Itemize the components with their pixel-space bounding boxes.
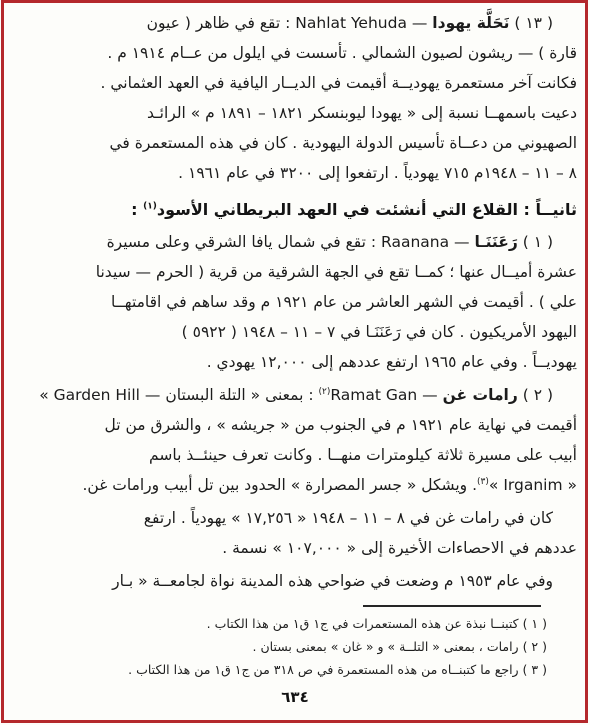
entry-13-nahlat-yehuda-line: قارة ) — ريشون لصيون الشمالي . تأسست في … (52, 38, 577, 68)
entry-1-raanana: ( ١ ) رَعَنَنَـا — Raanana : تقع في شمال… (52, 227, 577, 377)
entry-13-nahlat-yehuda-line: الصهيوني من دعــاة تأسيس الدولة اليهودية… (52, 128, 577, 158)
footnotes: ( ١ ) كتبنــا نبذة عن هذه المستعمرات في … (52, 612, 577, 681)
ramat-gan-population: كان في رامات غن في ٨ – ١١ – ١٩٤٨ « ١٧,٢٥… (52, 503, 577, 563)
page-number: ٦٣٤ (0, 688, 590, 706)
footnotes-line: ( ٣ ) راجع ما كتبنــاه من هذه المستعمرة … (52, 658, 547, 681)
entry-13-nahlat-yehuda-line: ٨ – ١١ – ١٩٤٨م ٧١٥ يهودياً . ارتفعوا إلى… (52, 158, 577, 188)
section-heading-british-era-forts: ثانيــاً : القلاع التي أنشئت في العهد ال… (52, 195, 577, 225)
footnotes-line: ( ١ ) كتبنــا نبذة عن هذه المستعمرات في … (52, 612, 547, 635)
entry-13-nahlat-yehuda-line: فكانت آخر مستعمرة يهوديــة أقيمت في الدي… (52, 68, 577, 98)
ramat-gan-university-line: وفي عام ١٩٥٣ م وضعت في ضواحي هذه المدينة… (52, 566, 577, 596)
text-column: ( ١٣ ) نَحَلَّة يهودا — Nahlat Yehuda : … (52, 8, 577, 681)
footnote-separator (363, 605, 541, 607)
book-page-scan: ( ١٣ ) نَحَلَّة يهودا — Nahlat Yehuda : … (0, 0, 590, 725)
entry-13-nahlat-yehuda-line: ( ١٣ ) نَحَلَّة يهودا — Nahlat Yehuda : … (52, 8, 577, 38)
entry-2-ramat-gan-line: « Irganim »(٣). ويشكل « جسر المصرارة » ا… (52, 470, 577, 500)
footnotes-line: ( ٢ ) رامات ، بمعنى « التلــة » و « غان … (52, 635, 547, 658)
entry-2-ramat-gan-line: ( ٢ ) رامات غن — Ramat Gan(٢) : بمعنى « … (52, 380, 577, 410)
ramat-gan-population-line: عددهم في الاحصاءات الأخيرة إلى « ١٠٧,٠٠٠… (52, 533, 577, 563)
entry-1-raanana-line: يهوديــاً . وفي عام ١٩٦٥ ارتفع عددهم إلى… (52, 347, 577, 377)
ramat-gan-population-line: كان في رامات غن في ٨ – ١١ – ١٩٤٨ « ١٧,٢٥… (52, 503, 577, 533)
entry-2-ramat-gan: ( ٢ ) رامات غن — Ramat Gan(٢) : بمعنى « … (52, 380, 577, 500)
entry-2-ramat-gan-line: أبيب على مسيرة ثلاثة كيلومترات منهــا . … (52, 440, 577, 470)
section-heading-british-era-forts-line: ثانيــاً : القلاع التي أنشئت في العهد ال… (52, 195, 577, 225)
entry-13-nahlat-yehuda-line: دعيت باسمهــا نسبة إلى « يهودا ليوبنسكر … (52, 98, 577, 128)
entry-1-raanana-line: ( ١ ) رَعَنَنَـا — Raanana : تقع في شمال… (52, 227, 577, 257)
entry-2-ramat-gan-line: أقيمت في نهاية عام ١٩٢١ م في الجنوب من «… (52, 410, 577, 440)
entry-13-nahlat-yehuda: ( ١٣ ) نَحَلَّة يهودا — Nahlat Yehuda : … (52, 8, 577, 188)
entry-1-raanana-line: عشرة أميــال عنها ؛ كمــا تقع في الجهة ا… (52, 257, 577, 287)
entry-1-raanana-line: علي ) . أقيمت في الشهر العاشر من عام ١٩٢… (52, 287, 577, 317)
entry-1-raanana-line: اليهود الأمريكيون . كان في رَعَنَنَـا في… (52, 317, 577, 347)
ramat-gan-university: وفي عام ١٩٥٣ م وضعت في ضواحي هذه المدينة… (52, 566, 577, 596)
